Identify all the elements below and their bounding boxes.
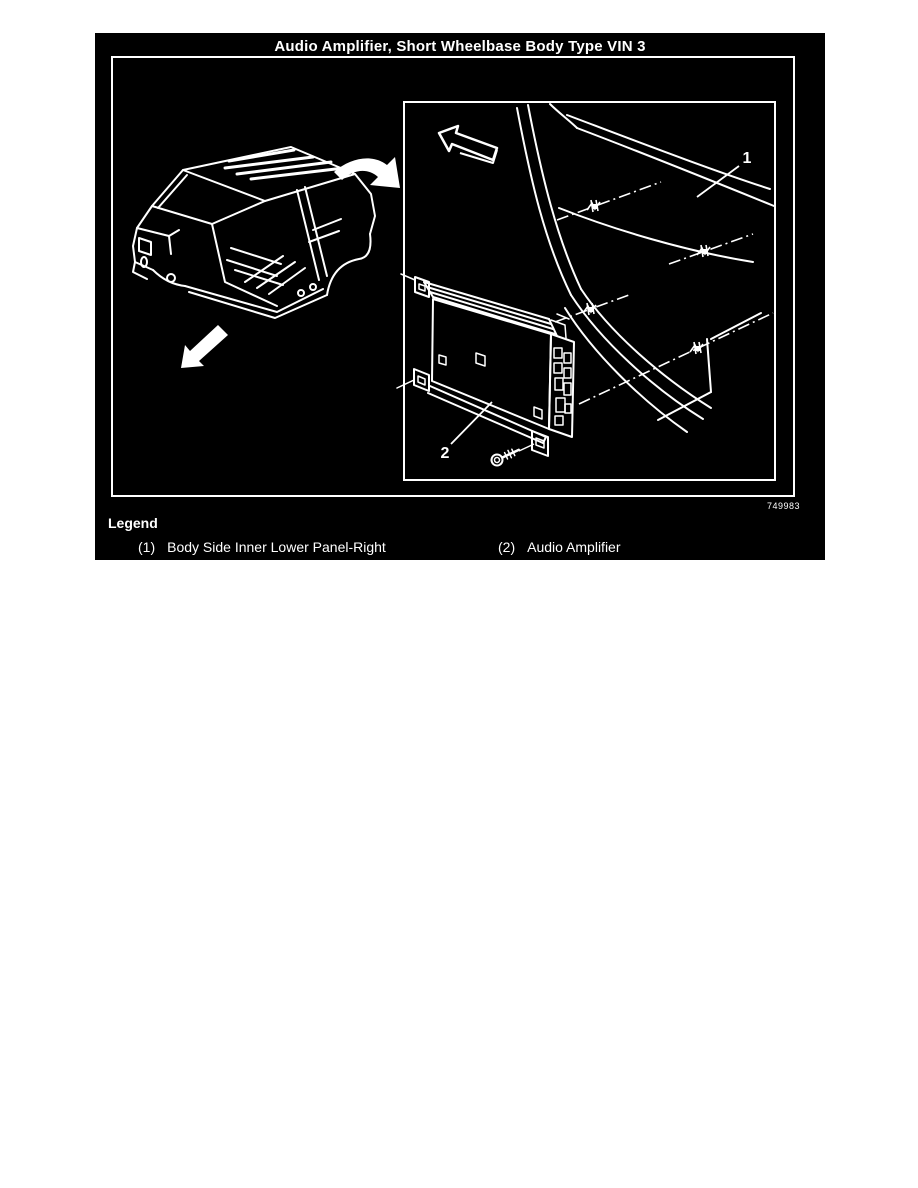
callout-1-label: 1: [743, 150, 752, 167]
legend-item-1-number: (1): [138, 539, 155, 555]
legend-item-2-label: Audio Amplifier: [527, 539, 620, 555]
legend-item-1: (1) Body Side Inner Lower Panel-Right: [138, 539, 386, 555]
figure-frame: 1 2: [111, 56, 795, 497]
figure-title: Audio Amplifier, Short Wheelbase Body Ty…: [95, 38, 825, 55]
legend-item-2-number: (2): [498, 539, 515, 555]
legend-heading: Legend: [108, 515, 158, 531]
inset-box: [404, 102, 775, 480]
rotate-arrow-icon: [334, 157, 400, 188]
figure-panel: Audio Amplifier, Short Wheelbase Body Ty…: [95, 33, 825, 560]
legend-item-1-label: Body Side Inner Lower Panel-Right: [167, 539, 386, 555]
callout-2-label: 2: [441, 445, 450, 462]
exit-arrow-icon: [181, 325, 228, 368]
figure-number: 749983: [767, 501, 800, 511]
legend-item-2: (2) Audio Amplifier: [498, 539, 621, 555]
diagram-canvas: 1 2: [113, 58, 793, 495]
